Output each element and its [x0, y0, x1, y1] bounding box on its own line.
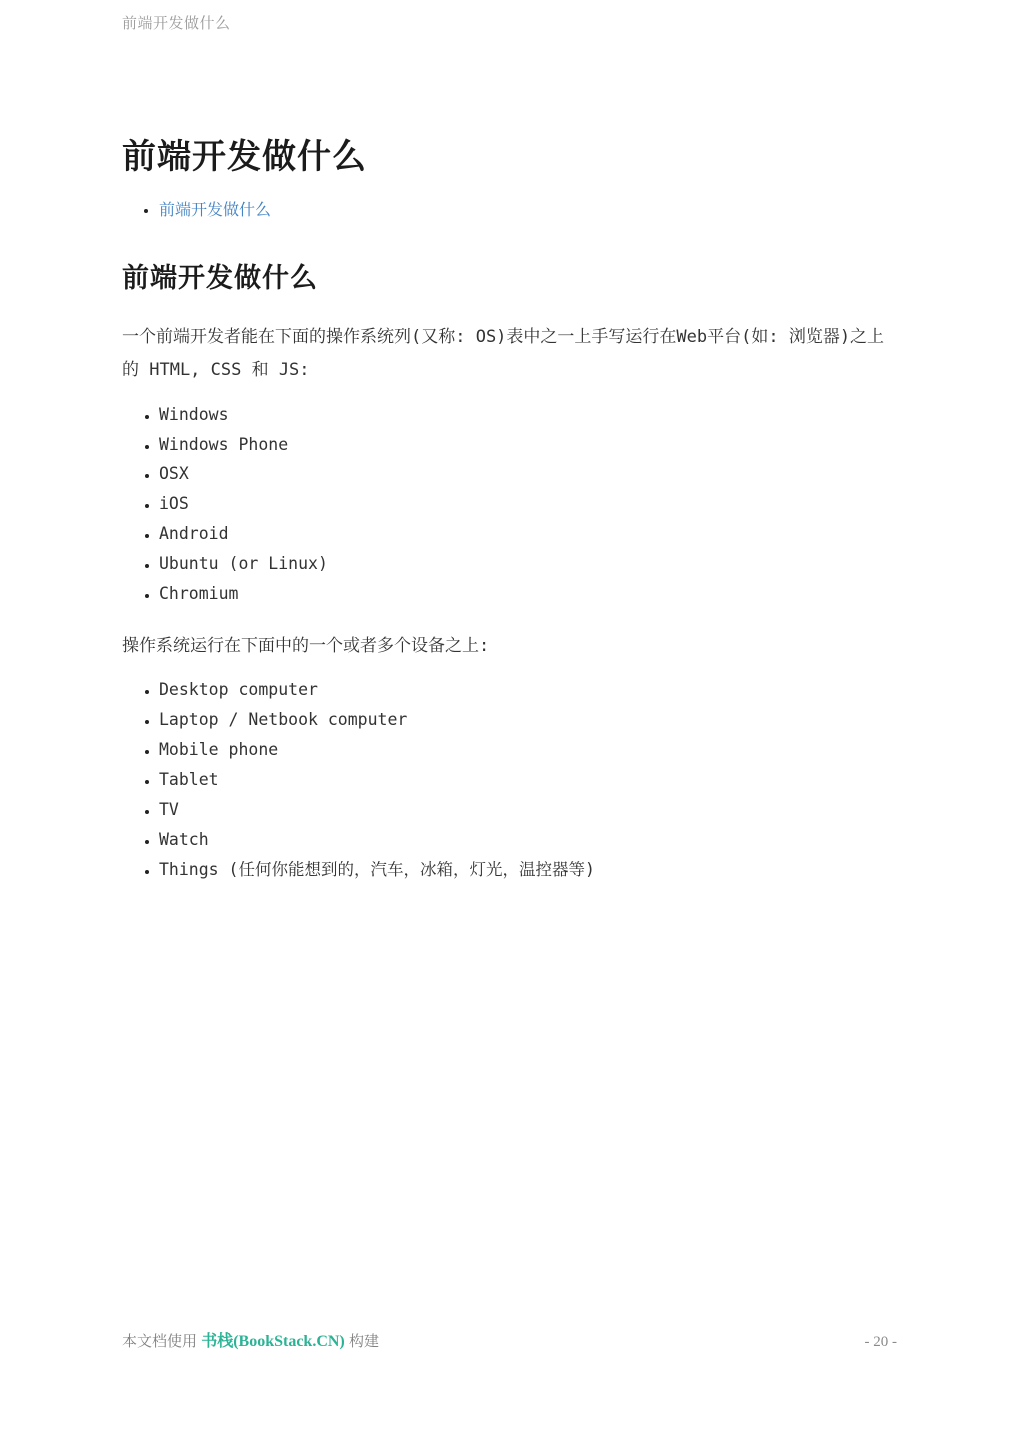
list-item: Desktop computer [159, 681, 898, 700]
os-list: WindowsWindows PhoneOSXiOSAndroidUbuntu … [122, 406, 898, 605]
footer-brand-link[interactable]: 书栈(BookStack.CN) [201, 1333, 345, 1350]
list-item: Things (任何你能想到的，汽车，冰箱，灯光，温控器等) [159, 861, 898, 880]
list-item: Tablet [159, 771, 898, 790]
page-number: - 20 - [865, 1334, 898, 1351]
devices-paragraph: 操作系统运行在下面中的一个或者多个设备之上: [122, 630, 898, 663]
list-item: Mobile phone [159, 741, 898, 760]
toc-link[interactable]: 前端开发做什么 [159, 202, 271, 219]
page-footer: 本文档使用 书栈(BookStack.CN) 构建 - 20 - [122, 1328, 897, 1351]
footer-prefix: 本文档使用 [122, 1333, 197, 1350]
section-heading: 前端开发做什么 [122, 262, 898, 296]
list-item: Watch [159, 831, 898, 850]
footer-suffix: 构建 [349, 1333, 379, 1350]
document-content: 前端开发做什么 前端开发做什么 前端开发做什么 一个前端开发者能在下面的操作系统… [122, 0, 898, 891]
intro-paragraph: 一个前端开发者能在下面的操作系统列(又称: OS)表中之一上手写运行在Web平台… [122, 321, 898, 387]
page-title: 前端开发做什么 [122, 136, 898, 179]
device-list: Desktop computerLaptop / Netbook compute… [122, 681, 898, 880]
list-item: TV [159, 801, 898, 820]
toc-list: 前端开发做什么 [122, 197, 898, 220]
toc-item: 前端开发做什么 [159, 197, 898, 220]
list-item: OSX [159, 465, 898, 484]
list-item: Laptop / Netbook computer [159, 711, 898, 730]
list-item: iOS [159, 495, 898, 514]
list-item: Ubuntu (or Linux) [159, 555, 898, 574]
list-item: Android [159, 525, 898, 544]
list-item: Windows [159, 406, 898, 425]
footer-text: 本文档使用 书栈(BookStack.CN) 构建 [122, 1328, 379, 1351]
list-item: Windows Phone [159, 436, 898, 455]
list-item: Chromium [159, 585, 898, 604]
